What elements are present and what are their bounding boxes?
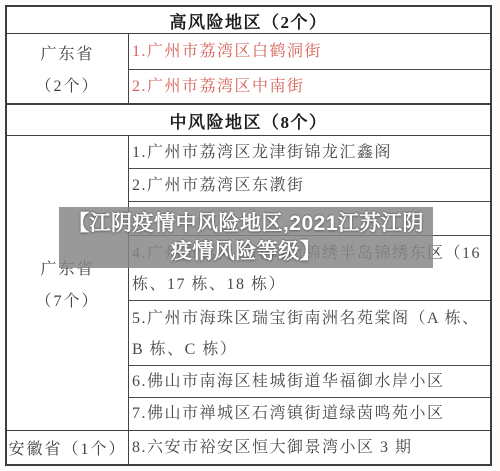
watermark-title-overlay: 【江阴疫情中风险地区,2021江苏江阴 疫情风险等级】 bbox=[59, 207, 433, 268]
table-row: 2.广州市荔湾区东漖街 bbox=[129, 169, 490, 202]
table-row: 2.广州市荔湾区中南街 bbox=[129, 70, 490, 103]
medium-risk-section-header: 中风险地区（8个） bbox=[7, 104, 490, 136]
watermark-line2: 疫情风险等级】 bbox=[171, 238, 322, 266]
table-row: 1.广州市荔湾区龙津街锦龙汇鑫阁 bbox=[129, 136, 490, 169]
province-name: 广东省 bbox=[40, 41, 94, 64]
province-cell-guangdong-medium: 广东省 （7个） bbox=[7, 136, 129, 430]
province-name: 安徽省（1个） bbox=[8, 436, 126, 459]
province-count: （7个） bbox=[35, 288, 99, 311]
high-risk-section: 广东省 （2个） 1.广州市荔湾区白鹤洞街 2.广州市荔湾区中南街 bbox=[7, 34, 490, 104]
medium-risk-section-guangdong: 广东省 （7个） 1.广州市荔湾区龙津街锦龙汇鑫阁 2.广州市荔湾区东漖街 4.… bbox=[7, 136, 490, 431]
table-row: 1.广州市荔湾区白鹤洞街 bbox=[129, 34, 490, 70]
province-count: （2个） bbox=[35, 73, 99, 96]
table-row: 8.六安市裕安区恒大御景湾小区 3 期 bbox=[129, 431, 490, 464]
watermark-line1: 【江阴疫情中风险地区,2021江苏江阴 bbox=[68, 210, 424, 238]
table-row: 5.广州市海珠区瑞宝街南洲名苑棠阁（A 栋、B 栋、C 栋） bbox=[129, 301, 490, 366]
table-row: 6.佛山市南海区桂城街道华福御水岸小区 bbox=[129, 366, 490, 398]
table-row: 7.佛山市禅城区石湾镇街道绿茵鸣苑小区 bbox=[129, 398, 490, 429]
province-cell-anhui: 安徽省（1个） bbox=[7, 431, 129, 464]
medium-risk-section-anhui: 安徽省（1个） 8.六安市裕安区恒大御景湾小区 3 期 bbox=[7, 431, 490, 464]
high-risk-section-header: 高风险地区（2个） bbox=[7, 7, 490, 34]
province-cell-guangdong-high: 广东省 （2个） bbox=[7, 34, 129, 103]
